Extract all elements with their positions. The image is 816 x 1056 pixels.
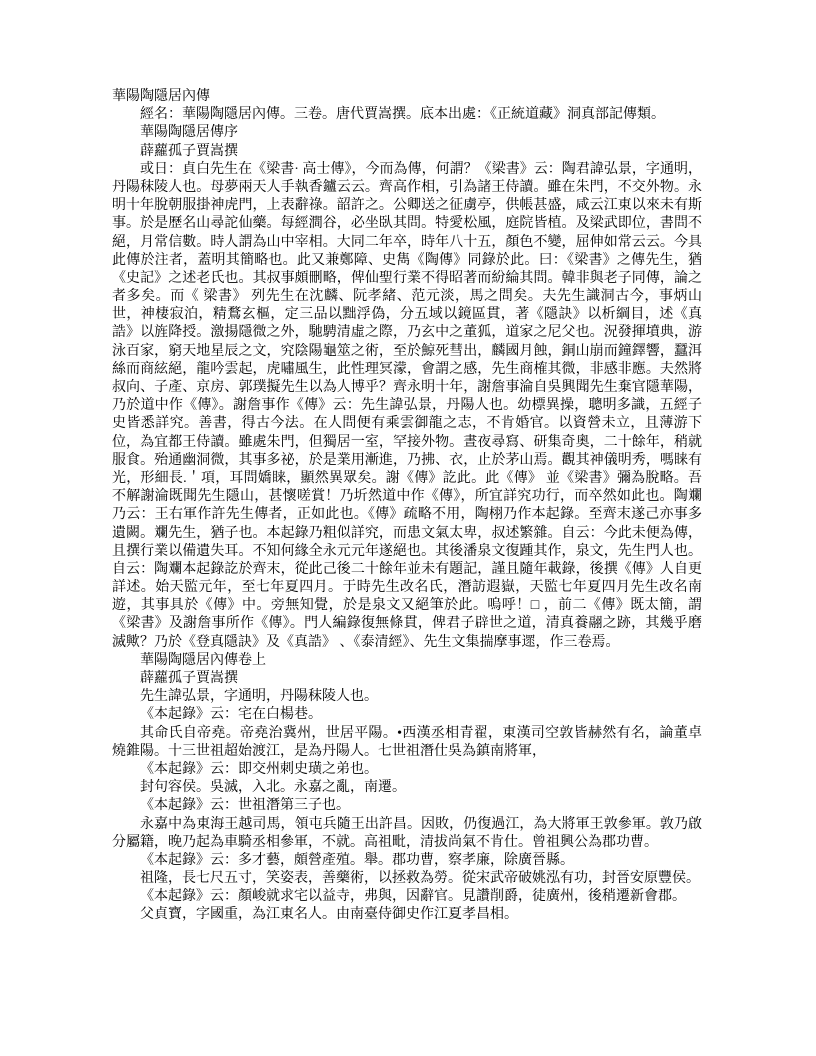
- paragraph: 薜蘿孤子賈嵩撰: [112, 670, 702, 688]
- paragraph: 或日：貞白先生在《梁書· 高士傳》，今而為傳，何謂？《梁書》云：陶君諱弘景，字通…: [112, 161, 702, 652]
- paragraph: 其命氏自帝堯。帝堯治冀州，世居平陽。•西漢丞相青翟，東漢司空敦皆赫然有名，論董卓…: [112, 725, 702, 761]
- paragraph: 永嘉中為東海王越司馬，領屯兵隨王出許昌。因敗，仍復過江，為大將軍王敦參軍。敦乃啟…: [112, 816, 702, 852]
- paragraph: 經名：華陽陶隱居內傳。三卷。唐代賈嵩撰。底本出處：《正統道藏》洞真部記傳類。: [112, 106, 702, 124]
- document-title: 華陽陶隱居內傳: [112, 88, 702, 106]
- paragraph: 《本起錄》云：宅在白楊巷。: [112, 706, 702, 724]
- paragraph: 《本起錄》云：即交州刺史璜之弟也。: [112, 761, 702, 779]
- document-body: 華陽陶隱居內傳經名：華陽陶隱居內傳。三卷。唐代賈嵩撰。底本出處：《正統道藏》洞真…: [112, 88, 702, 925]
- paragraph: 薜蘿孤子賈嵩撰: [112, 143, 702, 161]
- paragraph: 《本起錄》云：多才藝，頗營產殖。舉。郡功曹，察孝廉，除廣晉縣。: [112, 852, 702, 870]
- paragraph: 封句容侯。吳滅，入北。永嘉之亂，南遷。: [112, 779, 702, 797]
- paragraph: 《本起錄》云：世祖潛第三子也。: [112, 797, 702, 815]
- paragraph: 父貞寶，字國重，為江東名人。由南臺侍御史作江夏孝昌相。: [112, 906, 702, 924]
- paragraph: 先生諱弘景，字通明，丹陽秣陵人也。: [112, 688, 702, 706]
- paragraph: 《本起錄》云：顏峻就求宅以益寺，弗與，因辭官。見讚削爵，徒廣州，後稍遷新會郡。: [112, 888, 702, 906]
- paragraph: 華陽陶隱居傳序: [112, 124, 702, 142]
- paragraph: 祖隆，長七尺五寸，笑姿表，善藥術，以拯救為勞。從宋武帝破姚泓有功，封晉安原豐侯。: [112, 870, 702, 888]
- document-page: 華陽陶隱居內傳經名：華陽陶隱居內傳。三卷。唐代賈嵩撰。底本出處：《正統道藏》洞真…: [0, 0, 816, 1056]
- paragraph: 華陽陶隱居內傳卷上: [112, 652, 702, 670]
